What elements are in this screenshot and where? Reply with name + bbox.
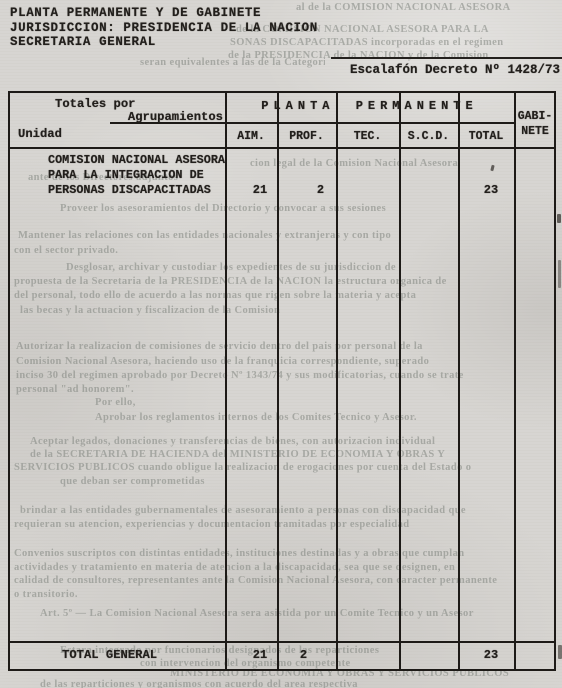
column-header-gabinete-line2: NETE [514, 125, 556, 140]
corner-label-agrupamientos: Agrupamientos [10, 110, 223, 125]
column-divider-unidad [225, 93, 227, 669]
scan-speck [557, 214, 561, 223]
escalafon-label: Escalafón Decreto Nº 1428/73 [320, 63, 560, 77]
column-divider-prof [336, 93, 338, 669]
cell-prof-value: 2 [291, 183, 350, 197]
group-header-planta-permanente: PLANTA PERMANENTE [225, 99, 514, 114]
corner-label-unidad: Unidad [18, 127, 62, 142]
bleed-through-line: al de la COMISION NACIONAL ASESORA [296, 2, 558, 13]
total-row-top-rule [10, 641, 554, 643]
unit-name-line: PERSONAS DISCAPACITADAS [48, 183, 211, 198]
column-header-aim: AIM. [225, 130, 277, 143]
unit-name-line: PARA LA INTEGRACION DE [48, 168, 204, 183]
column-header-total: TOTAL [458, 130, 514, 143]
cell-aim-value: 21 [234, 183, 286, 197]
doc-secretariat-line: SECRETARIA GENERAL [10, 35, 318, 50]
document-header: PLANTA PERMANENTE Y DE GABINETE JURISDIC… [10, 6, 318, 50]
total-total-value: 23 [463, 648, 519, 662]
doc-jurisdiction-line: JURISDICCION: PRESIDENCIA DE LA NACION [10, 21, 318, 36]
escalafon-top-rule [331, 57, 562, 59]
scan-speck [558, 645, 562, 659]
total-general-label: TOTAL GENERAL [62, 648, 157, 663]
cell-total-value: 23 [463, 183, 519, 197]
unit-name-line: COMISION NACIONAL ASESORA [48, 153, 225, 168]
column-divider-aim [277, 93, 279, 669]
bleed-through-line: de las reparticiones y organismos con ac… [40, 679, 520, 688]
column-header-tec: TEC. [336, 130, 399, 143]
bleed-through-line: seran equivalentes a las de la Categoria… [140, 57, 325, 68]
column-header-gabinete-line1: GABI- [514, 110, 556, 125]
staffing-table: Totales por Agrupamientos Unidad PLANTA … [8, 91, 556, 671]
column-header-scd: S.C.D. [399, 130, 458, 143]
scanned-document-page: al de la COMISION NACIONAL ASESORAde la … [0, 0, 562, 688]
column-divider-scd [458, 93, 460, 669]
scan-speck [558, 260, 561, 288]
column-divider-tec [399, 93, 401, 669]
header-bottom-rule [10, 147, 554, 149]
column-header-prof: PROF. [277, 130, 336, 143]
doc-title-line: PLANTA PERMANENTE Y DE GABINETE [10, 6, 318, 21]
column-divider-total [514, 93, 516, 669]
total-prof-value: 2 [274, 648, 333, 662]
